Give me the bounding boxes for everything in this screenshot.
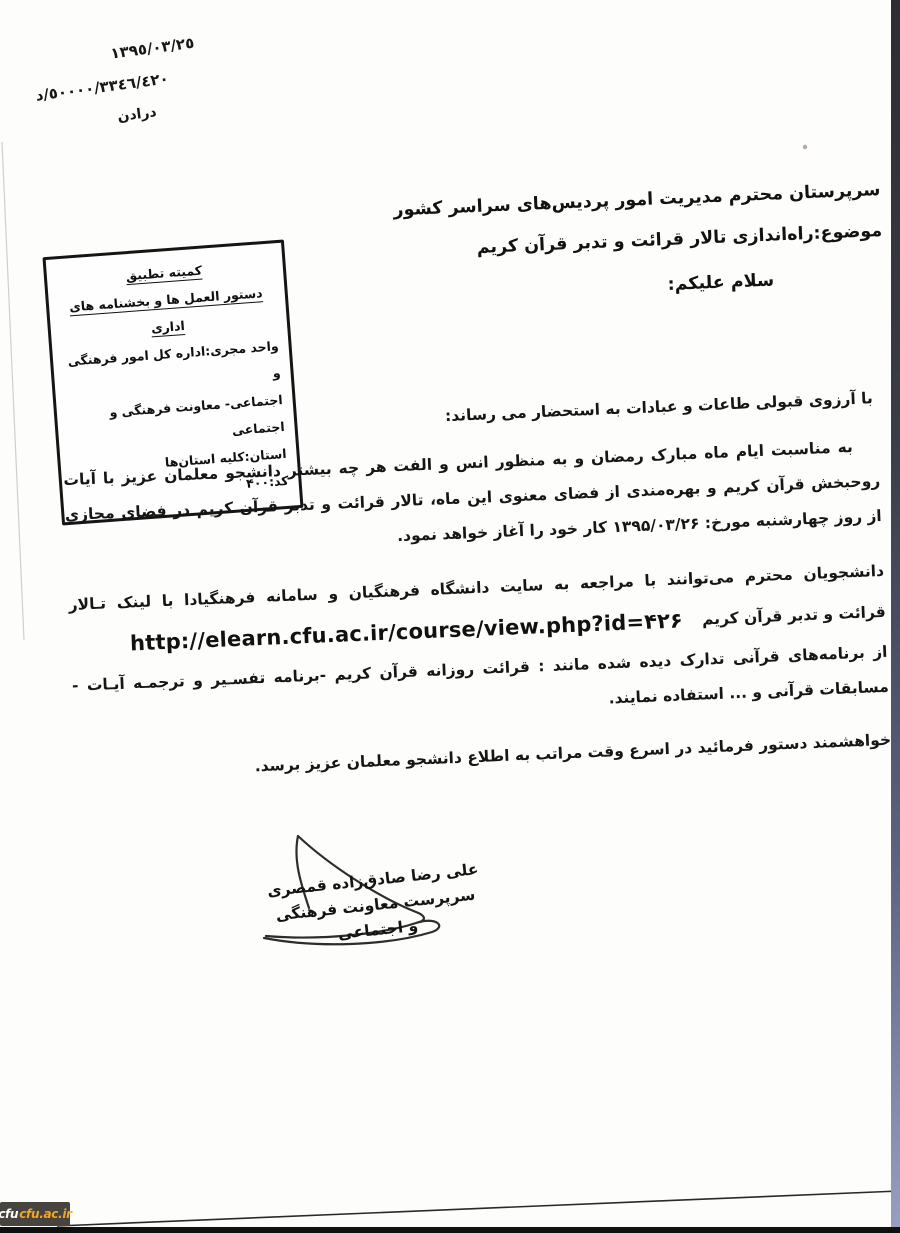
paper-left-edge-line — [2, 142, 24, 640]
cfu-watermark-badge: cfu cfu.ac.ir — [0, 1202, 70, 1226]
paragraph-2: دانشجویان محترم می‌توانند با مراجعه به س… — [68, 554, 890, 739]
letter-body: با آرزوی قبولی طاعات و عبادات به استحضار… — [61, 381, 892, 792]
subject-line: موضوع:راه‌اندازی تالار قرائت و تدبر قرآن… — [262, 221, 882, 267]
cfu-logo-text: cfu — [0, 1207, 18, 1221]
scan-edge-bottom — [0, 1227, 900, 1233]
cfu-domain-text: cfu.ac.ir — [19, 1207, 72, 1221]
scan-speck — [803, 145, 807, 149]
paragraph-1: به مناسبت ایام ماه مبارک رمضان و به منظو… — [63, 429, 883, 568]
scan-edge-right — [891, 0, 900, 1233]
paper-bottom-edge-line — [57, 1191, 899, 1226]
p2-url-prefix: قرائت و تدبر قرآن کریم — [702, 603, 886, 629]
scanned-letter-page: ١٣٩٥/٠٣/٢٥ د/٥٠٠٠٠/٣٣٤٦/٤٢٠ ندارد سرپرست… — [0, 0, 900, 1233]
